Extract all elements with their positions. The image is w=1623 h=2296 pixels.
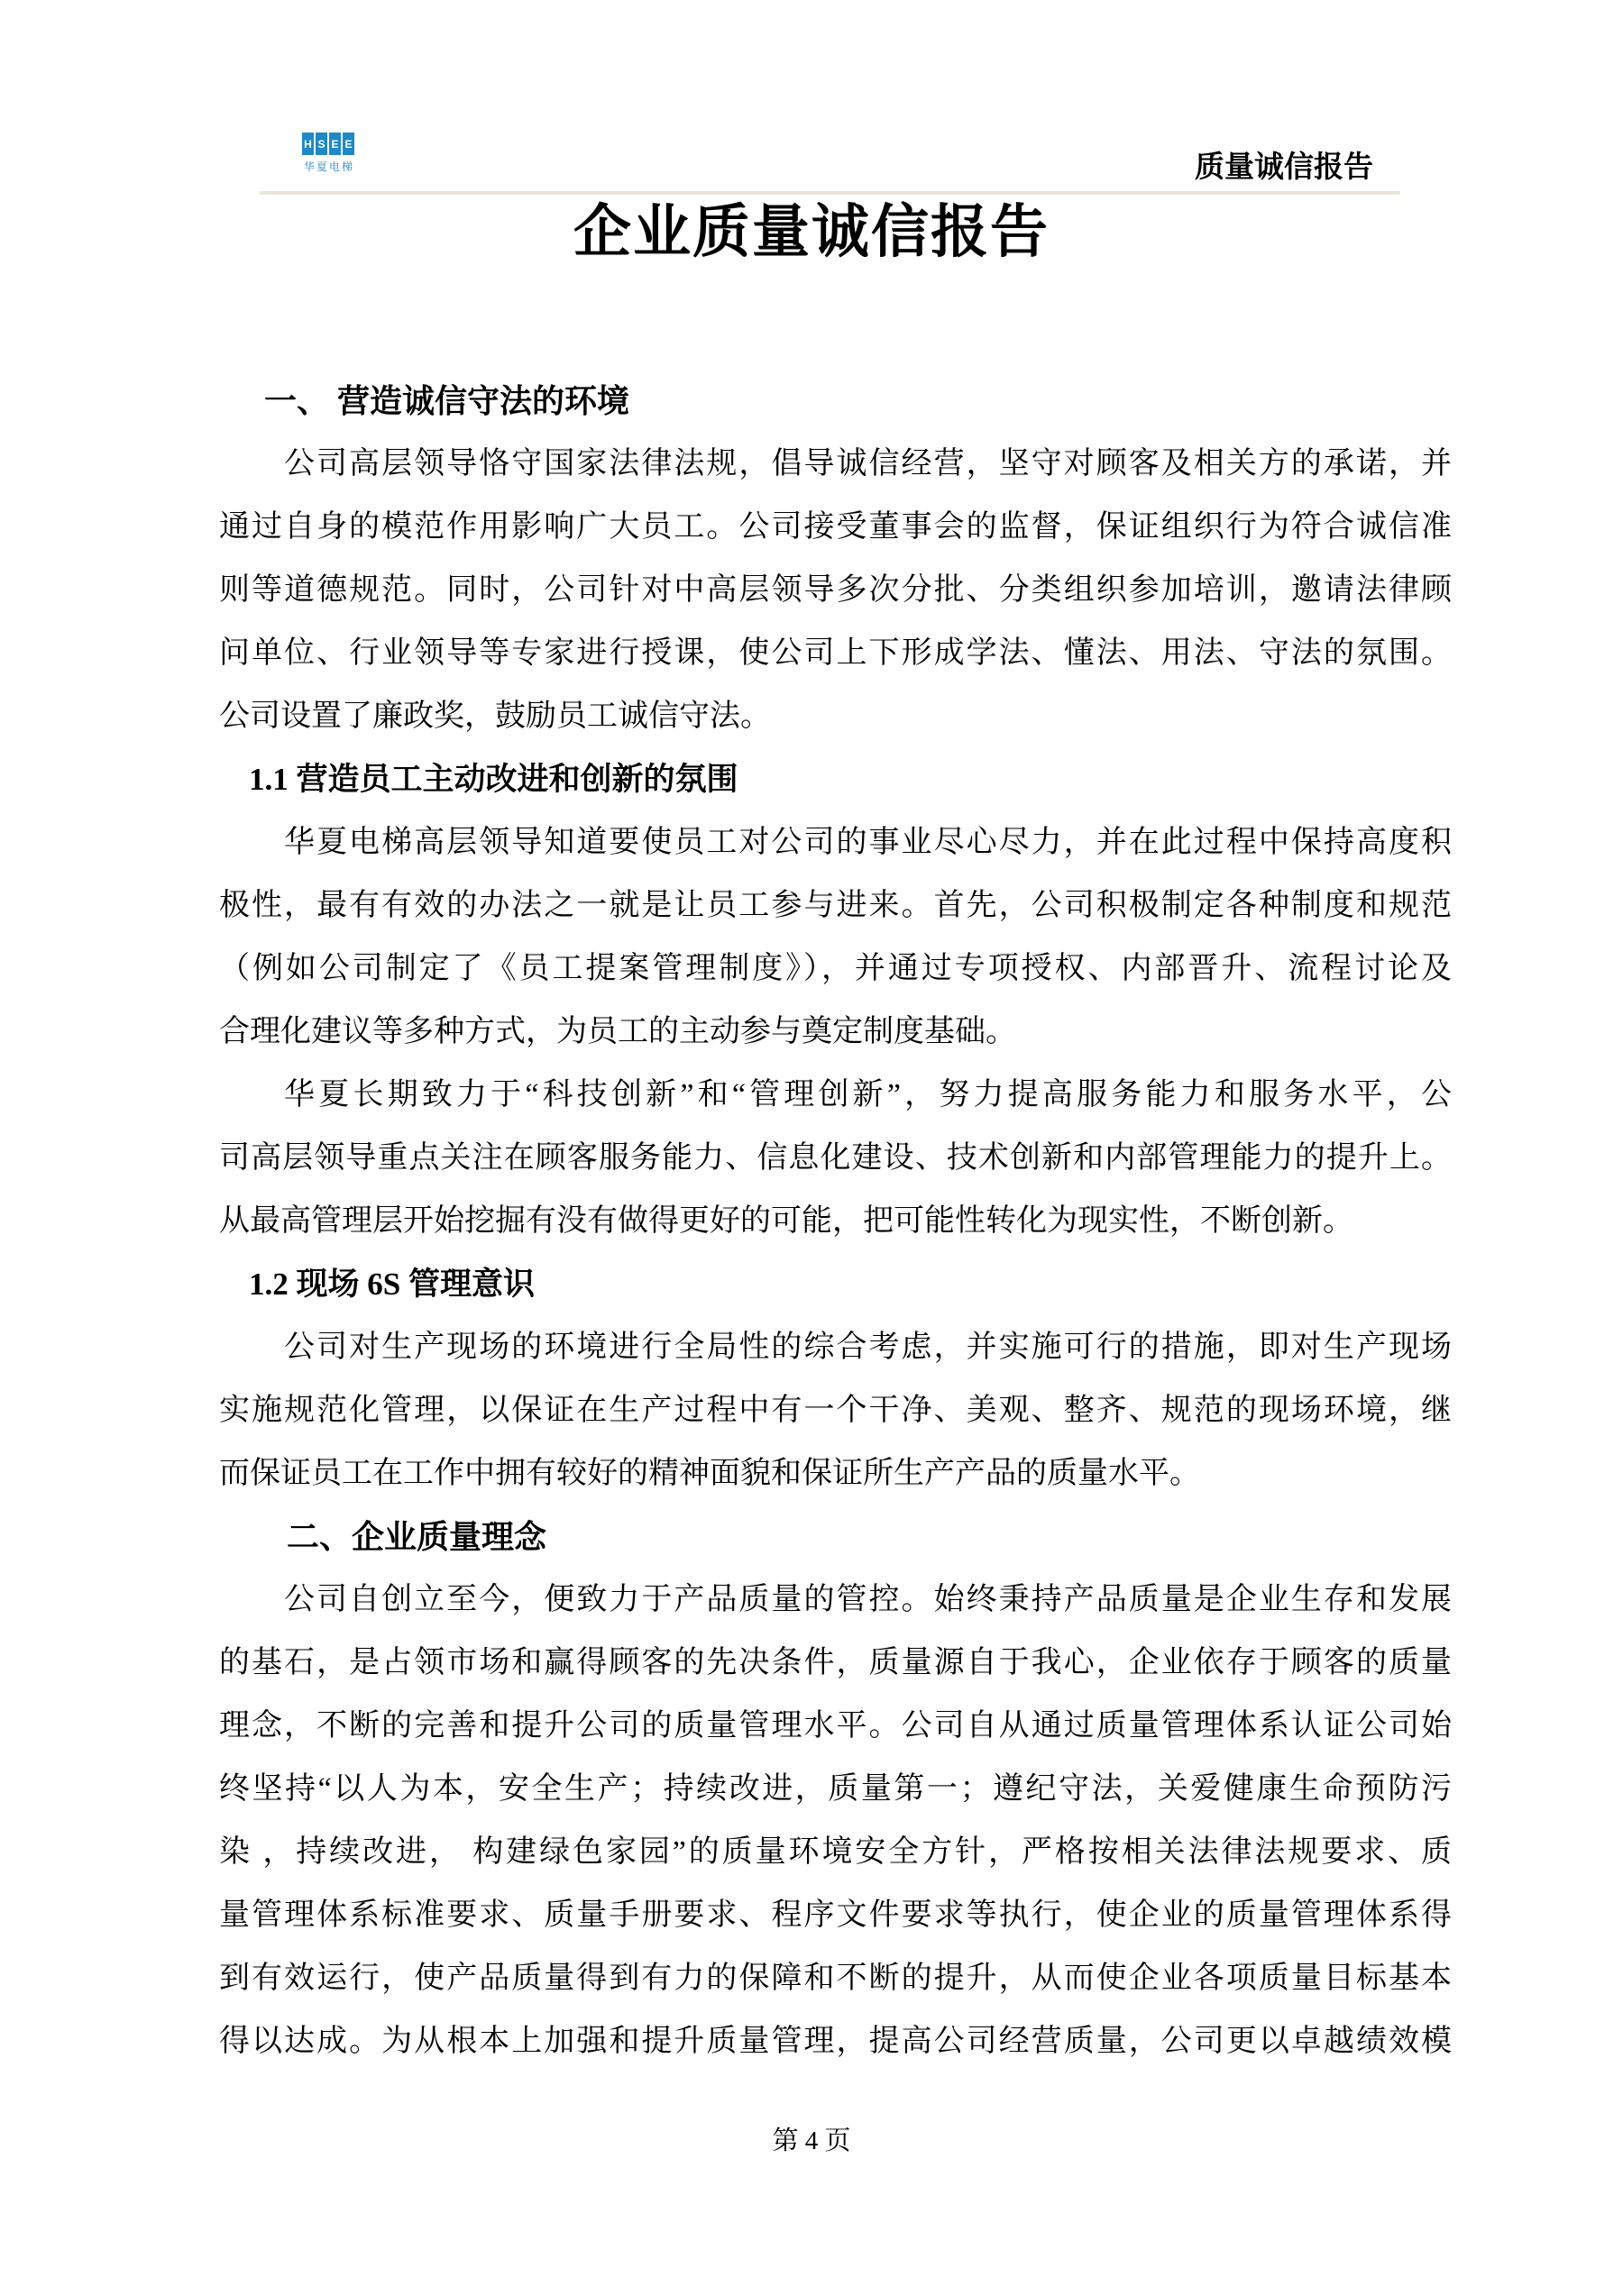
paragraph-line: 公司自创立至今，便致力于产品质量的管控。始终秉持产品质量是企业生存和发展 <box>219 1569 1452 1632</box>
paragraph-line: 实施规范化管理，以保证在生产过程中有一个干净、美观、整齐、规范的现场环境，继 <box>219 1379 1452 1442</box>
section-heading: 1.1 营造员工主动改进和创新的氛围 <box>249 748 1452 811</box>
section-heading: 二、企业质量理念 <box>287 1505 1452 1569</box>
paragraph-line: 理念，不断的完善和提升公司的质量管理水平。公司自从通过质量管理体系认证公司始 <box>219 1695 1452 1758</box>
paragraph-line: 华夏长期致力于“科技创新”和“管理创新”，努力提高服务能力和服务水平，公 <box>219 1064 1452 1127</box>
paragraph-line: 的基石，是占领市场和赢得顾客的先决条件，质量源自于我心，企业依存于顾客的质量 <box>219 1632 1452 1695</box>
logo-letter-tile: H <box>302 133 314 155</box>
paragraph-line: 染 ，持续改进， 构建绿色家园”的质量环境安全方针，严格按相关法律法规要求、质 <box>219 1821 1452 1884</box>
logo-tiles: H S E E <box>302 133 360 155</box>
logo-letter-tile: E <box>343 133 354 155</box>
paragraph-line: 而保证员工在工作中拥有较好的精神面貌和保证所生产产品的质量水平。 <box>219 1442 1452 1505</box>
paragraph-line: （例如公司制定了《员工提案管理制度》），并通过专项授权、内部晋升、流程讨论及 <box>219 938 1452 1001</box>
paragraph-line: 则等道德规范。同时，公司针对中高层领导多次分批、分类组织参加培训，邀请法律顾 <box>219 559 1452 622</box>
document-body: 一、 营造诚信守法的环境公司高层领导恪守国家法律法规，倡导诚信经营，坚守对顾客及… <box>219 370 1452 2073</box>
section-heading: 1.2 现场 6S 管理意识 <box>249 1253 1452 1316</box>
page-number: 第 4 页 <box>0 2120 1623 2157</box>
paragraph-line: 量管理体系标准要求、质量手册要求、程序文件要求等执行，使企业的质量管理体系得 <box>219 1884 1452 1947</box>
paragraph-line: 司高层领导重点关注在顾客服务能力、信息化建设、技术创新和内部管理能力的提升上。 <box>219 1127 1452 1190</box>
header-rule <box>260 191 1400 195</box>
logo-subtitle: 华夏电梯 <box>302 159 356 174</box>
paragraph-line: 得以达成。为从根本上加强和提升质量管理，提高公司经营质量，公司更以卓越绩效模 <box>219 2010 1452 2073</box>
paragraph-line: 公司高层领导恪守国家法律法规，倡导诚信经营，坚守对顾客及相关方的承诺，并 <box>219 433 1452 496</box>
page-title: 企业质量诚信报告 <box>0 197 1623 269</box>
company-logo: H S E E 华夏电梯 <box>302 133 360 174</box>
logo-letter-tile: S <box>316 133 327 155</box>
page-header-text: 质量诚信报告 <box>1195 151 1373 185</box>
paragraph-line: 极性，最有有效的办法之一就是让员工参与进来。首先，公司积极制定各种制度和规范 <box>219 874 1452 938</box>
paragraph-line: 问单位、行业领导等专家进行授课，使公司上下形成学法、懂法、用法、守法的氛围。 <box>219 622 1452 685</box>
paragraph-line: 华夏电梯高层领导知道要使员工对公司的事业尽心尽力，并在此过程中保持高度积 <box>219 811 1452 874</box>
document-page: H S E E 华夏电梯 质量诚信报告 企业质量诚信报告 一、 营造诚信守法的环… <box>0 0 1623 2296</box>
paragraph-line: 终坚持“以人为本，安全生产；持续改进，质量第一；遵纪守法，关爱健康生命预防污 <box>219 1758 1452 1821</box>
logo-letter-tile: E <box>329 133 341 155</box>
paragraph-line: 到有效运行，使产品质量得到有力的保障和不断的提升，从而使企业各项质量目标基本 <box>219 1947 1452 2010</box>
paragraph-line: 通过自身的模范作用影响广大员工。公司接受董事会的监督，保证组织行为符合诚信准 <box>219 496 1452 559</box>
paragraph-line: 公司对生产现场的环境进行全局性的综合考虑，并实施可行的措施，即对生产现场 <box>219 1316 1452 1379</box>
paragraph-line: 公司设置了廉政奖，鼓励员工诚信守法。 <box>219 685 1452 748</box>
paragraph-line: 合理化建议等多种方式，为员工的主动参与奠定制度基础。 <box>219 1001 1452 1064</box>
paragraph-line: 从最高管理层开始挖掘有没有做得更好的可能，把可能性转化为现实性，不断创新。 <box>219 1190 1452 1253</box>
section-heading: 一、 营造诚信守法的环境 <box>264 370 1452 433</box>
